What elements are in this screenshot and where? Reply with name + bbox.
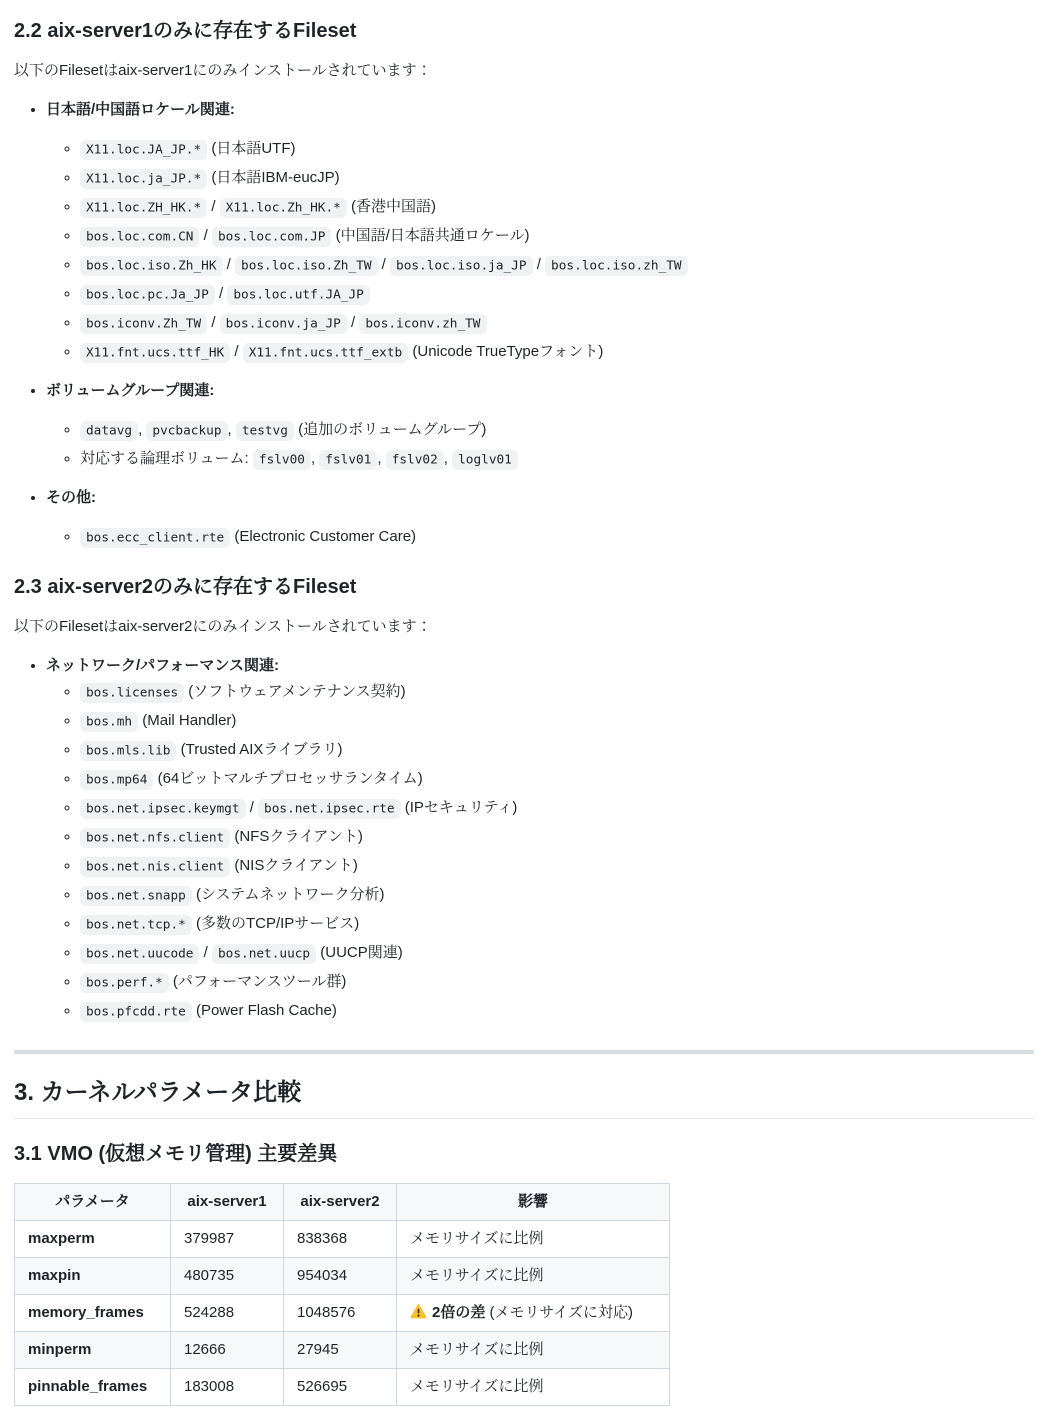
fileset-sublist: datavg, pvcbackup, testvg (追加のボリュームグループ)… bbox=[46, 416, 1034, 474]
fileset-sublist: X11.loc.JA_JP.* (日本語UTF)X11.loc.ja_JP.* … bbox=[46, 135, 1034, 367]
code-span: bos.iconv.zh_TW bbox=[359, 314, 486, 334]
impact-cell: メモリサイズに比例 bbox=[397, 1369, 670, 1406]
code-span: bos.net.snapp bbox=[80, 886, 192, 906]
param-cell: memory_frames bbox=[15, 1295, 171, 1332]
vmo-table-head-row: パラメータaix-server1aix-server2影響 bbox=[15, 1184, 670, 1221]
section-3-1-heading: 3.1 VMO (仮想メモリ管理) 主要差異 bbox=[14, 1141, 1034, 1167]
param-cell: pinnable_frames bbox=[15, 1369, 171, 1406]
code-span: fslv01 bbox=[319, 450, 377, 470]
code-span: bos.pfcdd.rte bbox=[80, 1002, 192, 1022]
code-span: bos.net.uucode bbox=[80, 944, 199, 964]
param-cell: maxpin bbox=[15, 1258, 171, 1295]
server1-value-cell: 183008 bbox=[171, 1369, 284, 1406]
fileset-item: bos.ecc_client.rte (Electronic Customer … bbox=[80, 523, 1034, 552]
fileset-item: X11.fnt.ucs.ttf_HK / X11.fnt.ucs.ttf_ext… bbox=[80, 338, 1034, 367]
code-span: bos.net.tcp.* bbox=[80, 915, 192, 935]
fileset-item: bos.mh (Mail Handler) bbox=[80, 707, 1034, 736]
code-span: X11.loc.ja_JP.* bbox=[80, 169, 207, 189]
section-2-2-intro: 以下のFilesetはaix-server1にのみインストールされています： bbox=[14, 60, 1034, 82]
vmo-comparison-table: パラメータaix-server1aix-server2影響 maxperm379… bbox=[14, 1183, 670, 1406]
code-span: loglv01 bbox=[452, 450, 518, 470]
impact-cell: メモリサイズに比例 bbox=[397, 1221, 670, 1258]
server1-value-cell: 480735 bbox=[171, 1258, 284, 1295]
fileset-item: bos.loc.iso.Zh_HK / bos.loc.iso.Zh_TW / … bbox=[80, 251, 1034, 280]
param-cell: maxperm bbox=[15, 1221, 171, 1258]
section-divider bbox=[14, 1050, 1034, 1054]
code-span: fslv00 bbox=[253, 450, 311, 470]
code-span: bos.ecc_client.rte bbox=[80, 528, 230, 548]
code-span: X11.loc.JA_JP.* bbox=[80, 140, 207, 160]
fileset-item: bos.net.snapp (システムネットワーク分析) bbox=[80, 881, 1034, 910]
code-span: bos.licenses bbox=[80, 683, 184, 703]
column-header: パラメータ bbox=[15, 1184, 171, 1221]
code-span: bos.iconv.Zh_TW bbox=[80, 314, 207, 334]
section-2-3-fileset-list: ネットワーク/パフォーマンス関連:bos.licenses (ソフトウェアメンテ… bbox=[14, 654, 1034, 1026]
fileset-item: bos.net.tcp.* (多数のTCP/IPサービス) bbox=[80, 910, 1034, 939]
fileset-group: 日本語/中国語ロケール関連:X11.loc.JA_JP.* (日本語UTF)X1… bbox=[46, 98, 1034, 367]
code-span: bos.loc.utf.JA_JP bbox=[227, 285, 370, 305]
code-span: X11.loc.ZH_HK.* bbox=[80, 198, 207, 218]
impact-cell: メモリサイズに比例 bbox=[397, 1332, 670, 1369]
code-span: bos.loc.iso.ja_JP bbox=[390, 256, 533, 276]
param-cell: minperm bbox=[15, 1332, 171, 1369]
code-span: bos.loc.com.CN bbox=[80, 227, 199, 247]
section-2-3-intro: 以下のFilesetはaix-server2にのみインストールされています： bbox=[14, 616, 1034, 638]
code-span: pvcbackup bbox=[146, 421, 227, 441]
code-span: X11.fnt.ucs.ttf_HK bbox=[80, 343, 230, 363]
fileset-item: 対応する論理ボリューム: fslv00, fslv01, fslv02, log… bbox=[80, 445, 1034, 474]
server2-value-cell: 954034 bbox=[284, 1258, 397, 1295]
code-span: bos.iconv.ja_JP bbox=[220, 314, 347, 334]
markdown-document: 2.2 aix-server1のみに存在するFileset 以下のFileset… bbox=[0, 0, 1048, 1424]
code-span: bos.loc.iso.zh_TW bbox=[545, 256, 688, 276]
code-span: X11.fnt.ucs.ttf_extb bbox=[243, 343, 409, 363]
column-header: aix-server1 bbox=[171, 1184, 284, 1221]
section-3-heading: 3. カーネルパラメータ比較 bbox=[14, 1078, 1034, 1119]
fileset-item: bos.net.nis.client (NISクライアント) bbox=[80, 852, 1034, 881]
table-row: minperm1266627945メモリサイズに比例 bbox=[15, 1332, 670, 1369]
section-2-2-fileset-list: 日本語/中国語ロケール関連:X11.loc.JA_JP.* (日本語UTF)X1… bbox=[14, 98, 1034, 552]
fileset-group: その他:bos.ecc_client.rte (Electronic Custo… bbox=[46, 486, 1034, 552]
column-header: 影響 bbox=[397, 1184, 670, 1221]
fileset-group: ボリュームグループ関連:datavg, pvcbackup, testvg (追… bbox=[46, 379, 1034, 474]
fileset-item: datavg, pvcbackup, testvg (追加のボリュームグループ) bbox=[80, 416, 1034, 445]
section-2-3-heading: 2.3 aix-server2のみに存在するFileset bbox=[14, 574, 1034, 600]
code-span: bos.loc.pc.Ja_JP bbox=[80, 285, 215, 305]
section-2-2-heading: 2.2 aix-server1のみに存在するFileset bbox=[14, 18, 1034, 44]
code-span: X11.loc.Zh_HK.* bbox=[220, 198, 347, 218]
fileset-group-label: ボリュームグループ関連: bbox=[46, 382, 214, 399]
code-span: bos.loc.com.JP bbox=[212, 227, 331, 247]
server2-value-cell: 838368 bbox=[284, 1221, 397, 1258]
code-span: bos.perf.* bbox=[80, 973, 169, 993]
code-span: bos.loc.iso.Zh_TW bbox=[235, 256, 378, 276]
fileset-item: bos.net.ipsec.keymgt / bos.net.ipsec.rte… bbox=[80, 794, 1034, 823]
server2-value-cell: 526695 bbox=[284, 1369, 397, 1406]
fileset-item: X11.loc.ja_JP.* (日本語IBM-eucJP) bbox=[80, 164, 1034, 193]
server2-value-cell: 27945 bbox=[284, 1332, 397, 1369]
code-span: bos.net.nis.client bbox=[80, 857, 230, 877]
fileset-group-label: ネットワーク/パフォーマンス関連: bbox=[46, 657, 279, 674]
fileset-item: bos.loc.com.CN / bos.loc.com.JP (中国語/日本語… bbox=[80, 222, 1034, 251]
code-span: bos.mp64 bbox=[80, 770, 153, 790]
code-span: bos.net.nfs.client bbox=[80, 828, 230, 848]
impact-cell: 2倍の差 (メモリサイズに対応) bbox=[397, 1295, 670, 1332]
fileset-group-label: その他: bbox=[46, 489, 96, 506]
fileset-sublist: bos.ecc_client.rte (Electronic Customer … bbox=[46, 523, 1034, 552]
table-row: maxperm379987838368メモリサイズに比例 bbox=[15, 1221, 670, 1258]
code-span: bos.loc.iso.Zh_HK bbox=[80, 256, 223, 276]
fileset-item: bos.mp64 (64ビットマルチプロセッサランタイム) bbox=[80, 765, 1034, 794]
impact-emphasis: 2倍の差 bbox=[432, 1304, 485, 1321]
fileset-group-label: 日本語/中国語ロケール関連: bbox=[46, 101, 235, 118]
fileset-item: bos.iconv.Zh_TW / bos.iconv.ja_JP / bos.… bbox=[80, 309, 1034, 338]
code-span: testvg bbox=[236, 421, 294, 441]
fileset-item: X11.loc.JA_JP.* (日本語UTF) bbox=[80, 135, 1034, 164]
fileset-item: bos.loc.pc.Ja_JP / bos.loc.utf.JA_JP bbox=[80, 280, 1034, 309]
code-span: datavg bbox=[80, 421, 138, 441]
code-span: bos.mls.lib bbox=[80, 741, 176, 761]
fileset-item: X11.loc.ZH_HK.* / X11.loc.Zh_HK.* (香港中国語… bbox=[80, 193, 1034, 222]
impact-cell: メモリサイズに比例 bbox=[397, 1258, 670, 1295]
table-row: memory_frames52428810485762倍の差 (メモリサイズに対… bbox=[15, 1295, 670, 1332]
fileset-item: bos.net.uucode / bos.net.uucp (UUCP関連) bbox=[80, 939, 1034, 968]
table-row: maxpin480735954034メモリサイズに比例 bbox=[15, 1258, 670, 1295]
code-span: bos.net.ipsec.keymgt bbox=[80, 799, 246, 819]
fileset-item: bos.perf.* (パフォーマンスツール群) bbox=[80, 968, 1034, 997]
server2-value-cell: 1048576 bbox=[284, 1295, 397, 1332]
fileset-sublist: bos.licenses (ソフトウェアメンテナンス契約)bos.mh (Mai… bbox=[46, 678, 1034, 1026]
code-span: bos.net.ipsec.rte bbox=[258, 799, 401, 819]
server1-value-cell: 379987 bbox=[171, 1221, 284, 1258]
code-span: fslv02 bbox=[386, 450, 444, 470]
table-row: pinnable_frames183008526695メモリサイズに比例 bbox=[15, 1369, 670, 1406]
fileset-group: ネットワーク/パフォーマンス関連:bos.licenses (ソフトウェアメンテ… bbox=[46, 654, 1034, 1026]
warning-icon bbox=[410, 1303, 427, 1320]
fileset-item: bos.mls.lib (Trusted AIXライブラリ) bbox=[80, 736, 1034, 765]
fileset-item: bos.net.nfs.client (NFSクライアント) bbox=[80, 823, 1034, 852]
code-span: bos.net.uucp bbox=[212, 944, 316, 964]
vmo-table-body: maxperm379987838368メモリサイズに比例maxpin480735… bbox=[15, 1221, 670, 1406]
fileset-item: bos.pfcdd.rte (Power Flash Cache) bbox=[80, 997, 1034, 1026]
fileset-item: bos.licenses (ソフトウェアメンテナンス契約) bbox=[80, 678, 1034, 707]
server1-value-cell: 524288 bbox=[171, 1295, 284, 1332]
code-span: bos.mh bbox=[80, 712, 138, 732]
server1-value-cell: 12666 bbox=[171, 1332, 284, 1369]
column-header: aix-server2 bbox=[284, 1184, 397, 1221]
